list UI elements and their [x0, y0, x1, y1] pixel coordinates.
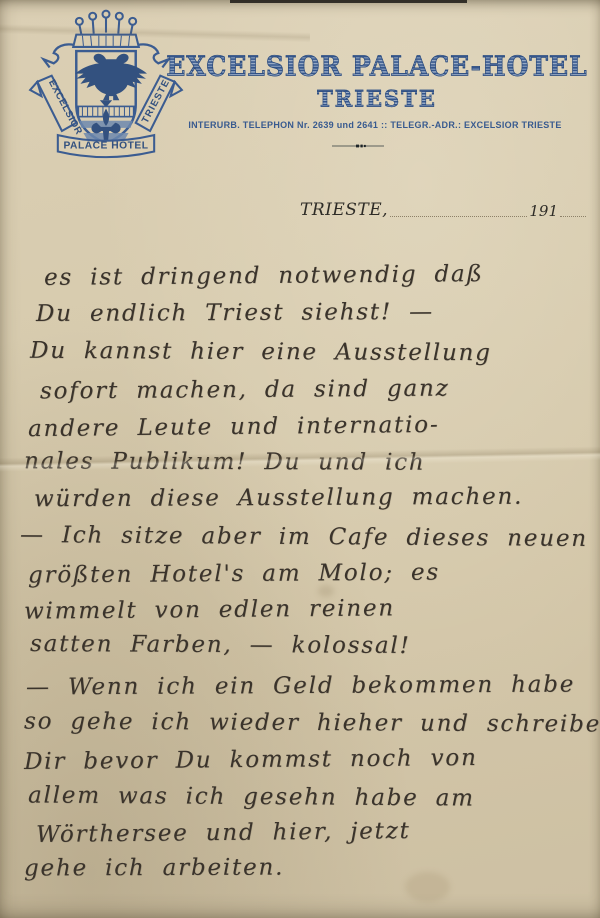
letter-line: Dir bevor Du kommst noch von — [24, 745, 478, 775]
contact-line: INTERURB. TELEPHON Nr. 2639 und 2641 :: … — [150, 120, 600, 130]
date-fill-rule-short — [560, 215, 586, 217]
date-year-prefix: 191 — [529, 202, 558, 220]
paper-stain — [318, 585, 334, 597]
paper-stain — [405, 872, 450, 902]
hotel-city-title: TRIESTE — [160, 85, 594, 112]
letter-line: nales Publikum! Du und ich — [24, 448, 426, 475]
crown-icon — [73, 11, 139, 47]
scan-edge-shadow — [230, 0, 467, 3]
letter-line: Wörthersee und hier, jetzt — [36, 818, 411, 848]
letter-line: Du endlich Triest siehst! — — [36, 299, 434, 327]
letter-line: satten Farben, — kolossal! — [30, 631, 411, 659]
letter-line: gehe ich arbeiten. — [24, 855, 284, 882]
date-city-label: TRIESTE, — [300, 200, 388, 220]
letter-line: würden diese Ausstellung machen. — [34, 484, 523, 513]
letter-line: wimmelt von edlen reinen — [24, 595, 395, 624]
letter-page: EXCELSIOR TRIESTE PALACE HOTEL EXCELSIOR… — [0, 0, 600, 918]
ribbon-flourish-left — [43, 44, 74, 67]
letter-line: es ist dringend notwendig daß — [44, 261, 484, 291]
letter-line: allem was ich gesehn habe am — [28, 782, 475, 811]
letter-line: größten Hotel's am Molo; es — [28, 560, 440, 589]
letter-line: andere Leute und internatio- — [28, 412, 440, 442]
hotel-name-title: EXCELSIOR PALACE-HOTEL — [160, 53, 594, 81]
letter-line: — Wenn ich ein Geld bekommen habe — [26, 672, 575, 701]
letter-line: sofort machen, da sind ganz — [40, 376, 450, 405]
letter-line: Du kannst hier eine Ausstellung — [30, 338, 492, 366]
crest-banner-center-label: PALACE HOTEL — [63, 140, 148, 151]
date-fill-rule — [390, 215, 527, 217]
divider-ornament — [332, 136, 384, 146]
letter-line: so gehe ich wieder hieher und schreibe — [24, 708, 600, 737]
letter-line: — Ich sitze aber im Cafe dieses neuen — [20, 522, 588, 552]
date-line: TRIESTE, 191 — [300, 194, 588, 220]
